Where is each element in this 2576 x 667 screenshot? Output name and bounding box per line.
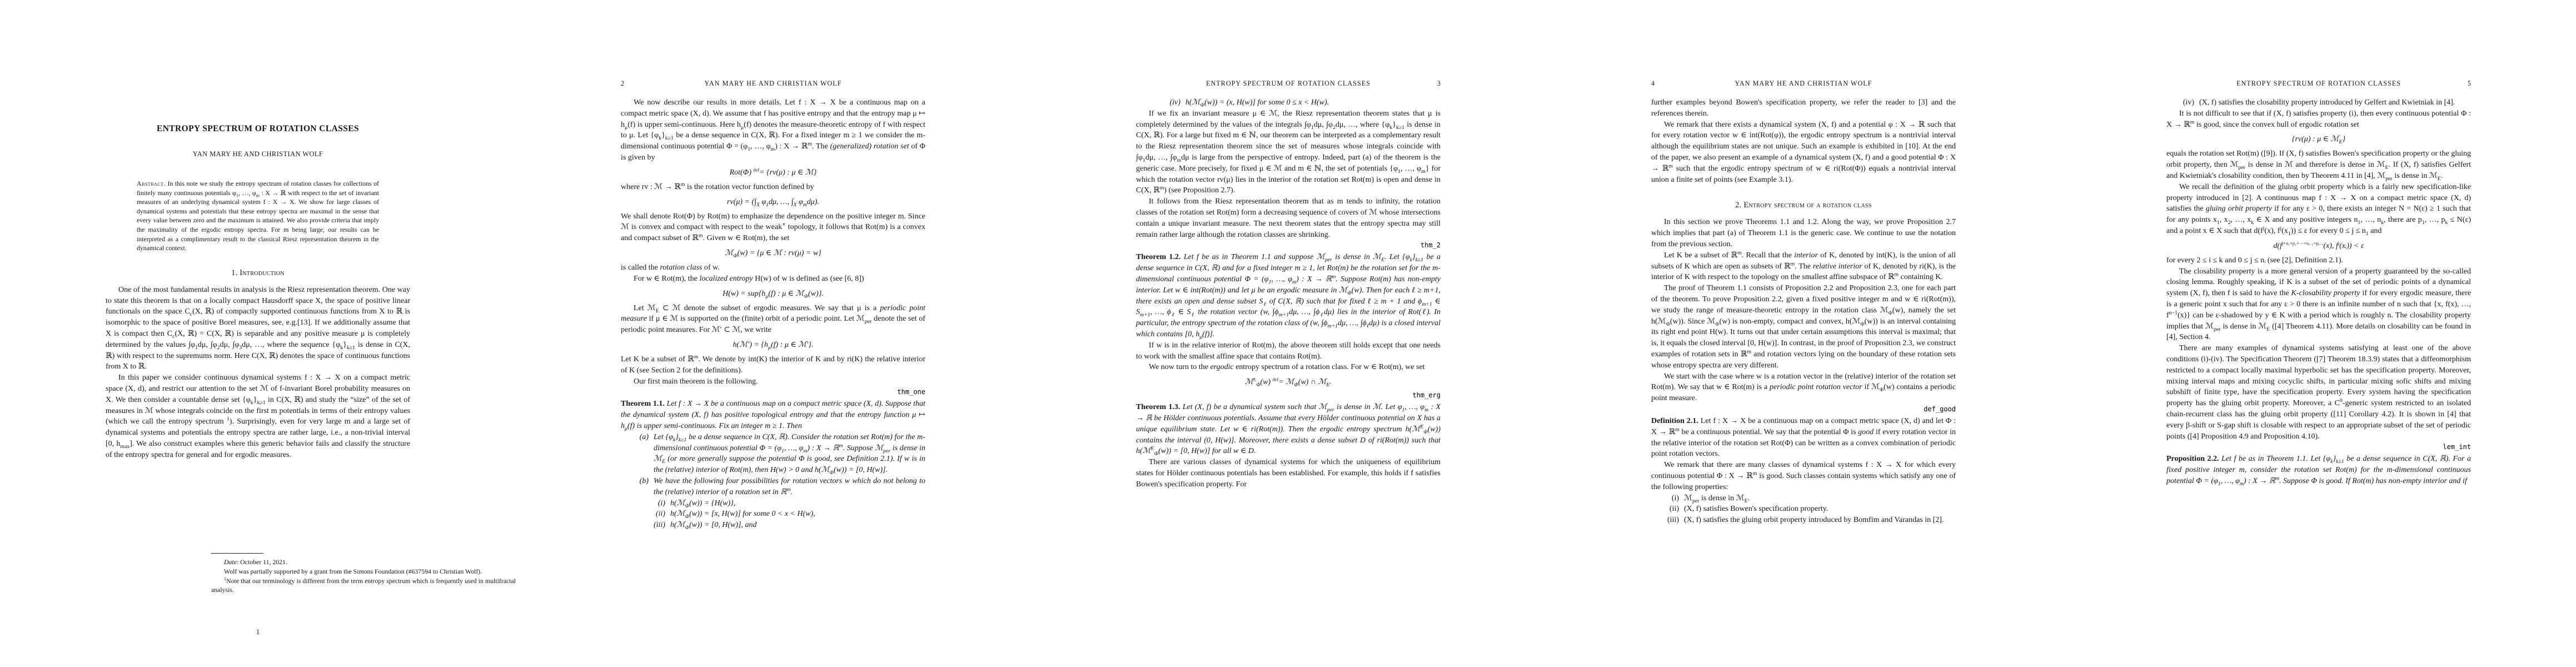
paragraph: Let K be a subset of ℝm. Recall that the…: [1651, 250, 1956, 283]
equation-label: thm_erg: [1136, 391, 1441, 400]
paragraph: The closability property is a more gener…: [2166, 266, 2471, 344]
list-item: (iii)h(ℳΦ(w)) = [0, H(w)], and: [621, 520, 925, 531]
paragraph: for every 2 ≤ i ≤ k and 0 ≤ j ≤ nᵢ (see …: [2166, 255, 2471, 266]
theorem-head: Theorem 1.1.: [621, 400, 665, 408]
item-marker: (a): [635, 432, 654, 476]
item-text: We have the following four possibilities…: [654, 476, 925, 498]
list-item: (b)We have the following four possibilit…: [621, 476, 925, 498]
footnote: Date: October 11, 2021.: [211, 558, 516, 567]
list-item: (iv)h(ℳΦ(w)) = (x, H(w)] for some 0 ≤ x …: [1136, 97, 1441, 108]
theorem-head: Proposition 2.2.: [2166, 455, 2219, 463]
definition: Definition 2.1. Let f : X → X be a conti…: [1651, 416, 1956, 460]
running-head-title: ENTROPY SPECTRUM OF ROTATION CLASSES: [1153, 79, 1424, 88]
item-text: (X, f) satisfies the closability propert…: [2199, 97, 2471, 108]
display-math: h(ℳ′) = {hμ(f) : μ ∈ ℳ′}.: [621, 339, 925, 351]
page-1: ENTROPY SPECTRUM OF ROTATION CLASSESYAN …: [0, 0, 515, 667]
display-math: {rv(μ) : μ ∈ ℳE}: [2166, 133, 2471, 145]
item-marker: (iv): [2181, 97, 2199, 108]
equation-label: def_good: [1651, 405, 1956, 414]
item-marker: (ii): [1666, 504, 1684, 515]
paragraph: We start with the case where w is a rota…: [1651, 371, 1956, 404]
item-text: h(ℳΦ(w)) = [0, H(w)], and: [670, 520, 925, 531]
paragraph: There are various classes of dynamical s…: [1136, 457, 1441, 490]
running-head: ENTROPY SPECTRUM OF ROTATION CLASSES5: [2166, 79, 2471, 88]
page-content: further examples beyond Bowen's specific…: [1651, 97, 1956, 526]
list-item: (ii)h(ℳΦ(w)) = [x, H(w)] for some 0 < x …: [621, 509, 925, 520]
list-item: (a)Let {φk}k≥1 be a dense sequence in C(…: [621, 432, 925, 476]
theorem-body: Let (X, f) be a dynamical system such th…: [1136, 403, 1441, 455]
paragraph: It follows from the Riesz representation…: [1136, 196, 1441, 240]
page-number-top-right: 5: [2454, 79, 2471, 88]
display-math: Rot(Φ) def= {rv(μ) : μ ∈ ℳ}: [621, 167, 925, 178]
paragraph: is called the rotation class of w.: [621, 262, 925, 273]
paragraph: The proof of Theorem 1.1 consists of Pro…: [1651, 283, 1956, 371]
paragraph: One of the most fundamental results in a…: [106, 285, 410, 372]
item-marker: (iii): [1666, 515, 1684, 526]
paragraph: If w is in the relative interior of Rot(…: [1136, 340, 1441, 362]
item-text: h(ℳΦ(w)) = {H(w)},: [670, 498, 925, 509]
theorem-head: Theorem 1.3.: [1136, 403, 1180, 411]
item-text: (X, f) satisfies Bowen's specification p…: [1684, 504, 1956, 515]
display-math: rv(μ) = (∫X φ1dμ, …, ∫X φmdμ).: [621, 196, 925, 208]
paragraph: where rv : ℳ → ℝm is the rotation vector…: [621, 182, 925, 193]
paragraph: We now describe our results in more deta…: [621, 97, 925, 163]
item-marker: (i): [650, 498, 670, 509]
theorem: Theorem 1.1. Let f : X → X be a continuo…: [621, 399, 925, 431]
theorem-body: Let f be as in Theorem 1.1 and suppose ℳ…: [1136, 253, 1441, 339]
smallcaps-lead: Abstract.: [137, 180, 166, 187]
page-number-top-right: 3: [1424, 79, 1441, 88]
theorem-body: Let f : X → X be a continuous map on a c…: [621, 400, 925, 430]
display-math: d(fj+n₁+p₁+⋯+nᵢ₋₁+pᵢ₋₁(x), fj(xᵢ)) < ε: [2166, 240, 2471, 252]
paragraph: In this paper we consider continuous dyn…: [106, 372, 410, 460]
list-item: (iv)(X, f) satisfies the closability pro…: [2166, 97, 2471, 108]
document-canvas: arXiv:2011.03899v1 [math.DS] 8 Nov 2020 …: [0, 0, 2576, 667]
footnote: 1Note that our terminology is different …: [211, 576, 516, 595]
page-3: ENTROPY SPECTRUM OF ROTATION CLASSES3(iv…: [1030, 0, 1546, 667]
list-item: (i)ℳper is dense in ℳE.: [1651, 493, 1956, 504]
theorem: Theorem 1.2. Let f be as in Theorem 1.1 …: [1136, 252, 1441, 340]
paragraph: We shall denote Rot(Φ) by Rot(m) to emph…: [621, 211, 925, 244]
item-marker: (iv): [1165, 97, 1185, 108]
page-content: (iv)h(ℳΦ(w)) = (x, H(w)] for some 0 ≤ x …: [1136, 97, 1441, 490]
item-marker: (iii): [650, 520, 670, 531]
running-head: 4YAN MARY HE AND CHRISTIAN WOLF: [1651, 79, 1956, 88]
paragraph: further examples beyond Bowen's specific…: [1651, 97, 1956, 120]
paragraph: Let ℳE ⊂ ℳ denote the subset of ergodic …: [621, 303, 925, 336]
page-number-top-left: 2: [621, 79, 637, 88]
display-math: ℳΦ(w) = {μ ∈ ℳ : rv(μ) = w}: [621, 247, 925, 259]
display-math: ℳEΦ(w) def= ℳΦ(w) ∩ ℳE.: [1136, 376, 1441, 388]
list-item: (iii)(X, f) satisfies the gluing orbit p…: [1651, 515, 1956, 526]
paragraph: In this section we prove Theorems 1.1 an…: [1651, 217, 1956, 250]
theorem: Proposition 2.2. Let f be as in Theorem …: [2166, 454, 2471, 486]
page-number-bottom: 1: [106, 628, 410, 636]
paragraph: equals the rotation set Rot(m) ([9]). If…: [2166, 148, 2471, 181]
theorem: Theorem 1.3. Let (X, f) be a dynamical s…: [1136, 402, 1441, 457]
list-item: (i)h(ℳΦ(w)) = {H(w)},: [621, 498, 925, 509]
item-marker: (ii): [650, 509, 670, 520]
item-text: h(ℳΦ(w)) = (x, H(w)] for some 0 ≤ x < H(…: [1185, 97, 1441, 108]
paragraph: It is not difficult to see that if (X, f…: [2166, 108, 2471, 131]
page-5: ENTROPY SPECTRUM OF ROTATION CLASSES5(iv…: [2061, 0, 2576, 667]
page-content: (iv)(X, f) satisfies the closability pro…: [2166, 97, 2471, 487]
running-head: 2YAN MARY HE AND CHRISTIAN WOLF: [621, 79, 925, 88]
section-heading: 1. Introduction: [106, 268, 410, 278]
equation-label: thm_one: [621, 388, 925, 396]
running-head: ENTROPY SPECTRUM OF ROTATION CLASSES3: [1136, 79, 1441, 88]
paragraph: There are many examples of dynamical sys…: [2166, 343, 2471, 442]
paragraph: We remark that there are many classes of…: [1651, 460, 1956, 492]
page-content: ENTROPY SPECTRUM OF ROTATION CLASSESYAN …: [106, 0, 410, 461]
paper-title: ENTROPY SPECTRUM OF ROTATION CLASSES: [106, 124, 410, 134]
section-heading: 2. Entropy spectrum of a rotation class: [1651, 201, 1956, 210]
paragraph: Our first main theorem is the following.: [621, 376, 925, 387]
item-text: Let {φk}k≥1 be a dense sequence in C(X, …: [654, 432, 925, 476]
item-text: ℳper is dense in ℳE.: [1684, 493, 1956, 504]
running-head-title: ENTROPY SPECTRUM OF ROTATION CLASSES: [2183, 79, 2454, 88]
equation-label: thm_2: [1136, 241, 1441, 250]
item-marker: (b): [635, 476, 654, 498]
item-text: (X, f) satisfies the gluing orbit proper…: [1684, 515, 1956, 526]
paragraph: For w ∈ Rot(m), the localized entropy H(…: [621, 273, 925, 285]
paragraph: We now turn to the ergodic entropy spect…: [1136, 362, 1441, 373]
paragraph: Let K be a subset of ℝm. We denote by in…: [621, 354, 925, 376]
footnote: Wolf was partially supported by a grant …: [211, 567, 516, 576]
display-math: H(w) = sup{hμ(f) : μ ∈ ℳΦ(w)}.: [621, 288, 925, 300]
footnotes: Date: October 11, 2021.Wolf was partiall…: [211, 553, 516, 595]
page-2: 2YAN MARY HE AND CHRISTIAN WOLFWe now de…: [515, 0, 1030, 667]
running-head-title: YAN MARY HE AND CHRISTIAN WOLF: [1668, 79, 1939, 88]
abstract: Abstract. In this note we study the entr…: [137, 179, 379, 253]
page-4: 4YAN MARY HE AND CHRISTIAN WOLFfurther e…: [1546, 0, 2061, 667]
list-item: (ii)(X, f) satisfies Bowen's specificati…: [1651, 504, 1956, 515]
running-head-title: YAN MARY HE AND CHRISTIAN WOLF: [637, 79, 909, 88]
page-content: We now describe our results in more deta…: [621, 97, 925, 531]
theorem-head: Theorem 1.2.: [1136, 253, 1181, 261]
theorem-head: Definition 2.1.: [1651, 417, 1698, 425]
item-marker: (i): [1666, 493, 1684, 504]
paper-authors: YAN MARY HE AND CHRISTIAN WOLF: [106, 150, 410, 158]
item-text: h(ℳΦ(w)) = [x, H(w)] for some 0 < x < H(…: [670, 509, 925, 520]
paragraph: If we fix an invariant measure μ ∈ ℳ, th…: [1136, 108, 1441, 196]
paragraph: We remark that there exists a dynamical …: [1651, 120, 1956, 186]
paragraph: We recall the definition of the gluing o…: [2166, 182, 2471, 237]
equation-label: lem_int: [2166, 443, 2471, 451]
footnote-rule: [211, 553, 263, 554]
page-number-top-left: 4: [1651, 79, 1668, 88]
